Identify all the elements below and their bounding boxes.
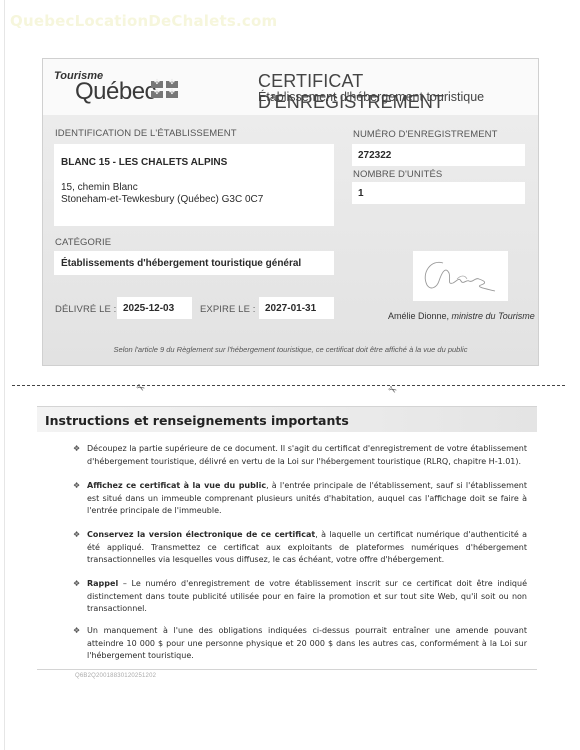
instructions-panel: Instructions et renseignements important… bbox=[37, 406, 537, 670]
registration-label: NUMÉRO D'ENREGISTREMENT bbox=[353, 129, 498, 140]
issued-label: DÉLIVRÉ LE : bbox=[55, 304, 116, 315]
instruction-item: ❖ Affichez ce certificat à la vue du pub… bbox=[87, 480, 527, 518]
diamond-bullet-icon: ❖ bbox=[73, 480, 80, 493]
instruction-item: ❖ Conservez la version électronique de c… bbox=[87, 529, 527, 567]
document-reference-code: Q6B2Q20018830120251202 bbox=[75, 673, 156, 679]
instruction-item: ❖ Un manquement à l'une des obligations … bbox=[87, 625, 527, 663]
watermark: QuebecLocationDeChalets.com bbox=[10, 12, 277, 30]
instructions-title: Instructions et renseignements important… bbox=[45, 413, 349, 428]
address-line1: 15, chemin Blanc bbox=[61, 182, 138, 193]
display-notice: Selon l'article 9 du Règlement sur l'héb… bbox=[43, 345, 538, 354]
category-label: CATÉGORIE bbox=[55, 237, 111, 248]
diamond-bullet-icon: ❖ bbox=[73, 529, 80, 542]
instruction-text: – Le numéro d'enregistrement de votre ét… bbox=[87, 579, 527, 613]
instruction-emphasis: Affichez ce certificat à la vue du publi… bbox=[87, 481, 266, 490]
category-value: Établissements d'hébergement touristique… bbox=[61, 258, 301, 269]
units-field bbox=[352, 182, 525, 204]
units-label: NOMBRE D'UNITÉS bbox=[353, 169, 442, 180]
cut-line bbox=[12, 385, 565, 386]
diamond-bullet-icon: ❖ bbox=[73, 625, 80, 638]
diamond-bullet-icon: ❖ bbox=[73, 443, 80, 456]
logo-quebec: Québec bbox=[75, 78, 156, 106]
issued-date: 2025-12-03 bbox=[123, 303, 174, 314]
signatory: Amélie Dionne, ministre du Tourisme bbox=[388, 311, 535, 321]
scissors-icon: ✂ bbox=[134, 382, 147, 396]
instruction-item: ❖ Rappel – Le numéro d'enregistrement de… bbox=[87, 578, 527, 616]
expires-label: EXPIRE LE : bbox=[200, 304, 255, 315]
signature-icon bbox=[413, 251, 508, 301]
signature-box bbox=[413, 251, 508, 301]
signatory-title: ministre du Tourisme bbox=[452, 311, 535, 321]
registration-certificate: Tourisme Québec CERTIFICAT D'ENREGISTREM… bbox=[42, 58, 539, 366]
units-value: 1 bbox=[358, 188, 364, 199]
establishment-name: BLANC 15 - LES CHALETS ALPINS bbox=[61, 157, 227, 168]
quebec-flag-icon bbox=[151, 81, 179, 99]
instruction-emphasis: Rappel bbox=[87, 579, 118, 588]
signatory-name: Amélie Dionne, bbox=[388, 311, 449, 321]
instruction-text: Un manquement à l'une des obligations in… bbox=[87, 626, 527, 660]
identification-label: IDENTIFICATION DE L'ÉTABLISSEMENT bbox=[55, 128, 237, 139]
instruction-text: Découpez la partie supérieure de ce docu… bbox=[87, 444, 527, 466]
expires-date: 2027-01-31 bbox=[265, 303, 316, 314]
instruction-emphasis: Conservez la version électronique de ce … bbox=[87, 530, 315, 539]
certificate-subtitle: Établissement d'hébergement touristique bbox=[258, 90, 484, 104]
address-line2: Stoneham-et-Tewkesbury (Québec) G3C 0C7 bbox=[61, 194, 263, 205]
instruction-item: ❖ Découpez la partie supérieure de ce do… bbox=[87, 443, 527, 468]
page-edge bbox=[4, 0, 5, 750]
diamond-bullet-icon: ❖ bbox=[73, 578, 80, 591]
registration-number: 272322 bbox=[358, 150, 391, 161]
